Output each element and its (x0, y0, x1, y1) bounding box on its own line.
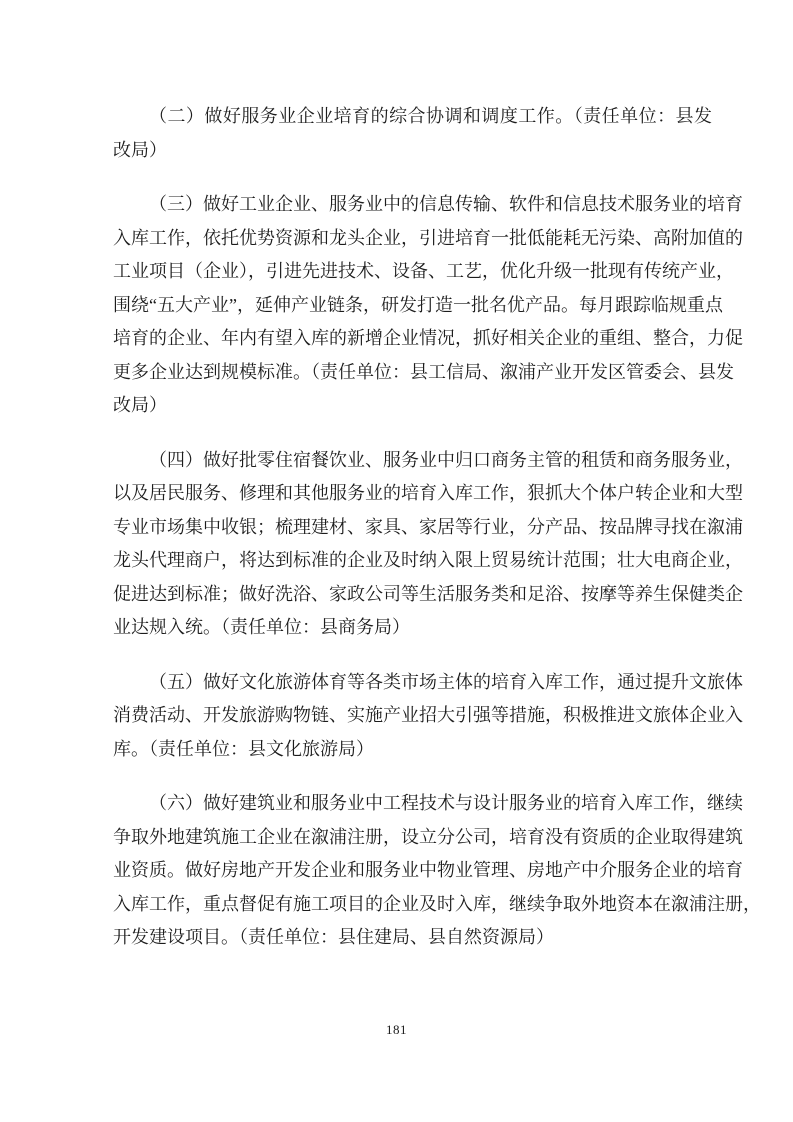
text-line: 库。（责任单位：县文化旅游局） (113, 733, 712, 767)
text-line: （三）做好工业企业、服务业中的信息传输、软件和信息技术服务业的培育 (113, 188, 712, 222)
text-line: 工业项目（企业），引进先进技术、设备、工艺，优化升级一批现有传统产业， (113, 255, 712, 289)
text-line: 以及居民服务、修理和其他服务业的培育入库工作，狠抓大个体户转企业和大型 (113, 477, 712, 511)
text-line: 更多企业达到规模标准。（责任单位：县工信局、溆浦产业开发区管委会、县发 (113, 356, 712, 390)
text-line: 促进达到标准；做好洗浴、家政公司等生活服务类和足浴、按摩等养生保健类企 (113, 578, 712, 612)
text-line: 业资质。做好房地产开发企业和服务业中物业管理、房地产中介服务企业的培育 (113, 854, 712, 888)
paragraph-item-2: （二）做好服务业企业培育的综合协调和调度工作。（责任单位：县发改局） (113, 100, 712, 167)
paragraph-item-3: （三）做好工业企业、服务业中的信息传输、软件和信息技术服务业的培育 入库工作，依… (113, 188, 712, 423)
paragraph-item-4: （四）做好批零住宿餐饮业、服务业中归口商务主管的租赁和商务服务业， 以及居民服务… (113, 444, 712, 645)
text-line: （五）做好文化旅游体育等各类市场主体的培育入库工作，通过提升文旅体 (113, 666, 712, 700)
text-line: 消费活动、开发旅游购物链、实施产业招大引强等措施，积极推进文旅体企业入 (113, 699, 712, 733)
text-line: 龙头代理商户，将达到标准的企业及时纳入限上贸易统计范围；壮大电商企业， (113, 544, 712, 578)
text-line: （二）做好服务业企业培育的综合协调和调度工作。（责任单位：县发改局） (113, 100, 712, 167)
text-line: （六）做好建筑业和服务业中工程技术与设计服务业的培育入库工作，继续 (113, 787, 712, 821)
paragraph-item-6: （六）做好建筑业和服务业中工程技术与设计服务业的培育入库工作，继续 争取外地建筑… (113, 787, 712, 955)
text-line: 培育的企业、年内有望入库的新增企业情况，抓好相关企业的重组、整合，力促 (113, 322, 712, 356)
document-page: （二）做好服务业企业培育的综合协调和调度工作。（责任单位：县发改局） （三）做好… (0, 0, 793, 1122)
text-line: 改局） (113, 389, 712, 423)
paragraph-item-5: （五）做好文化旅游体育等各类市场主体的培育入库工作，通过提升文旅体 消费活动、开… (113, 666, 712, 767)
text-line: 入库工作，重点督促有施工项目的企业及时入库，继续争取外地资本在溆浦注册， (113, 888, 712, 922)
document-body: （二）做好服务业企业培育的综合协调和调度工作。（责任单位：县发改局） （三）做好… (113, 100, 712, 976)
text-line: 开发建设项目。（责任单位：县住建局、县自然资源局） (113, 921, 712, 955)
text-line: 争取外地建筑施工企业在溆浦注册，设立分公司，培育没有资质的企业取得建筑 (113, 821, 712, 855)
page-number: 181 (0, 1022, 793, 1038)
text-line: 专业市场集中收银；梳理建材、家具、家居等行业，分产品、按品牌寻找在溆浦 (113, 511, 712, 545)
text-line: 入库工作，依托优势资源和龙头企业，引进培育一批低能耗无污染、高附加值的 (113, 222, 712, 256)
text-line: 业达规入统。（责任单位：县商务局） (113, 611, 712, 645)
text-line: 围绕“五大产业”，延伸产业链条，研发打造一批名优产品。每月跟踪临规重点 (113, 289, 712, 323)
text-line: （四）做好批零住宿餐饮业、服务业中归口商务主管的租赁和商务服务业， (113, 444, 712, 478)
